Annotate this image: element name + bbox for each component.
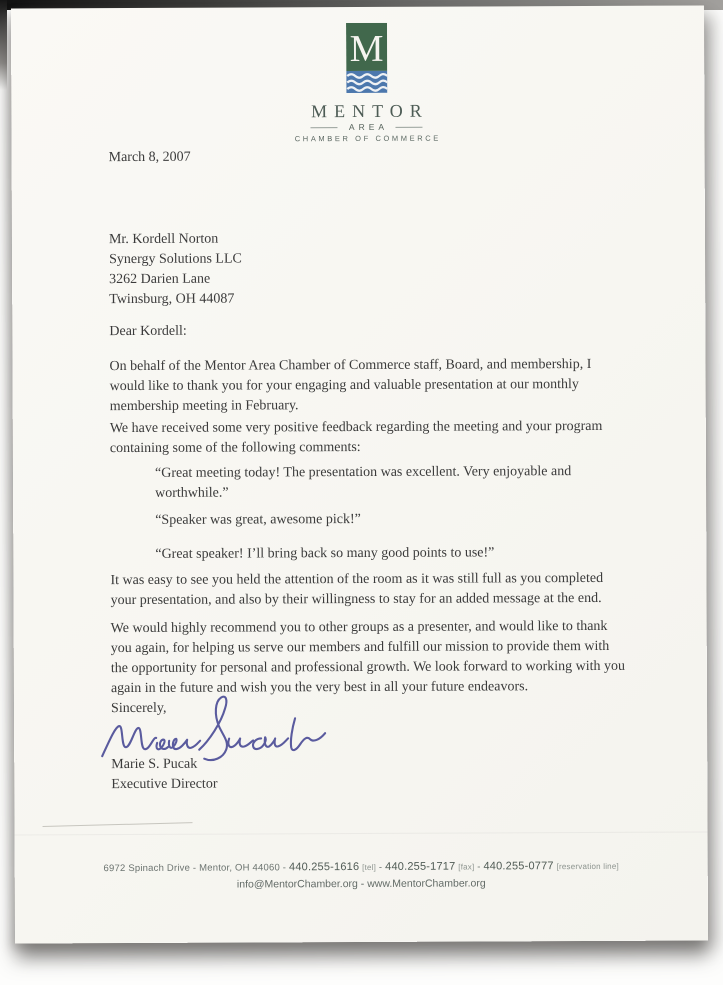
footer-reservation-number: 440.255-0777 — [483, 860, 553, 872]
area-rule-left — [311, 127, 338, 128]
paragraph-thank-you: On behalf of the Mentor Area Chamber of … — [109, 355, 625, 417]
org-area-row: AREA — [108, 121, 624, 133]
footer-tel-label: [tel] — [362, 863, 376, 872]
area-rule-right — [395, 126, 422, 127]
recipient-name: Mr. Kordell Norton — [109, 228, 625, 250]
letter-date: March 8, 2007 — [109, 146, 625, 168]
letter-page: M MENTOR AREA CHAMBER OF COMMERCE March … — [11, 5, 708, 943]
footer-web-line: info@MentorChamber.org - www.MentorChamb… — [15, 874, 708, 893]
feedback-quote-2: “Speaker was great, awesome pick!” — [155, 509, 623, 531]
footer-tel-number: 440.255-1616 — [289, 861, 359, 873]
paper-crease — [43, 822, 193, 827]
footer-street: 6972 Spinach Drive — [104, 863, 191, 874]
recipient-street: 3262 Darien Lane — [109, 268, 625, 290]
recipient-address: Mr. Kordell Norton Synergy Solutions LLC… — [109, 228, 625, 310]
footer-sep-1: - — [193, 863, 196, 874]
feedback-quote-3: “Great speaker! I’ll bring back so many … — [155, 543, 623, 565]
signature-area — [111, 717, 627, 755]
chamber-logo-icon: M — [346, 23, 387, 93]
footer-sep-4: - — [477, 861, 480, 872]
handwritten-signature — [99, 692, 329, 768]
logo-monogram: M — [349, 28, 383, 70]
footer-fax-label: [fax] — [458, 863, 474, 872]
org-area: AREA — [345, 122, 388, 132]
letterhead: M MENTOR AREA CHAMBER OF COMMERCE — [108, 22, 625, 145]
feedback-quote-1: “Great meeting today! The presentation w… — [155, 462, 623, 504]
paragraph-attention: It was easy to see you held the attentio… — [110, 569, 626, 611]
letterhead-footer: 6972 Spinach Drive - Mentor, OH 44060 - … — [15, 858, 708, 893]
salutation: Dear Kordell: — [109, 320, 625, 342]
footer-sep-3: - — [379, 862, 382, 873]
footer-contact-line: 6972 Spinach Drive - Mentor, OH 44060 - … — [15, 858, 708, 876]
paragraph-feedback-intro: We have received some very positive feed… — [110, 417, 626, 459]
footer-reservation-label: [reservation line] — [557, 862, 619, 871]
recipient-city-state-zip: Twinsburg, OH 44087 — [109, 288, 625, 310]
footer-fax-number: 440.255-1717 — [385, 861, 455, 873]
footer-city: Mentor, OH 44060 — [199, 862, 280, 873]
org-name: MENTOR — [108, 101, 624, 121]
footer-sep-2: - — [283, 862, 286, 873]
scanned-letter: M MENTOR AREA CHAMBER OF COMMERCE March … — [0, 0, 723, 985]
signer-title: Executive Director — [111, 773, 627, 795]
recipient-company: Synergy Solutions LLC — [109, 248, 625, 270]
paragraph-recommendation: We would highly recommend you to other g… — [111, 617, 627, 699]
org-tagline: CHAMBER OF COMMERCE — [109, 133, 625, 145]
paper-fold-line — [15, 831, 708, 835]
scanner-edge-left-shadow — [0, 0, 7, 90]
